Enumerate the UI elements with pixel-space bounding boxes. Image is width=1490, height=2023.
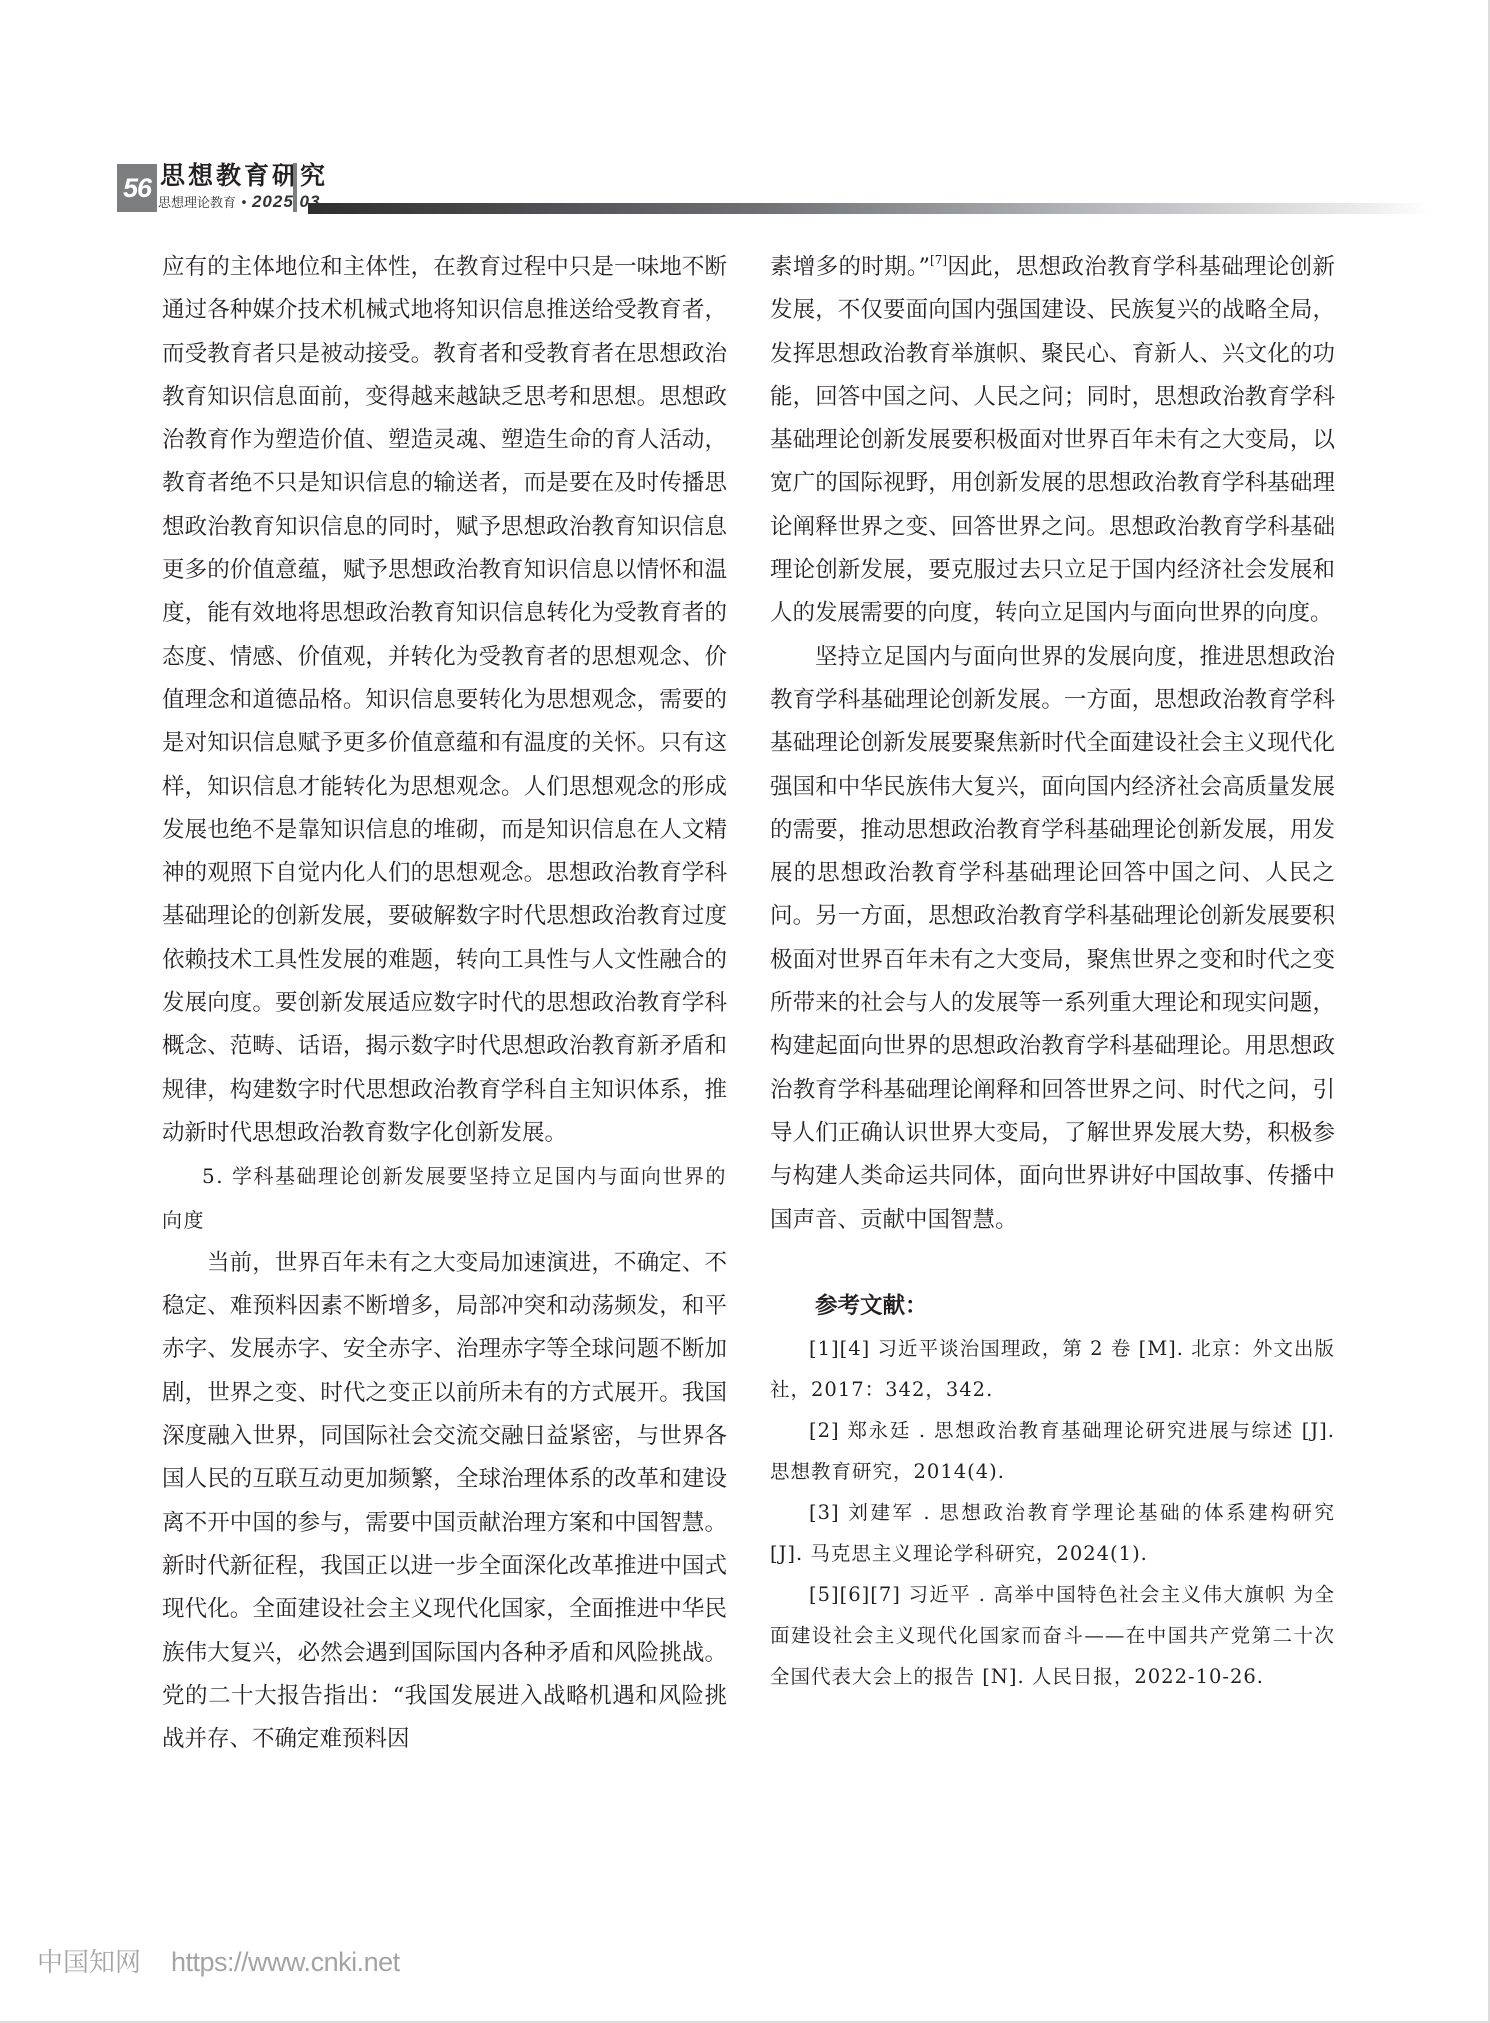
bullet-separator: • [236, 196, 252, 211]
quote-end: 素增多的时期。” [770, 254, 930, 280]
reference-item: [5][6][7] 习近平 . 高举中国特色社会主义伟大旗帜 为全面建设社会主义… [770, 1574, 1335, 1697]
right-column: 素增多的时期。”[7]因此，思想政治教育学科基础理论创新发展，不仅要面向国内强国… [770, 246, 1335, 1697]
journal-title: 思想教育研究 [160, 160, 328, 192]
citation-marker[interactable]: [7] [930, 253, 947, 267]
reference-item: [1][4] 习近平谈治国理政，第 2 卷 [M]. 北京：外文出版社，2017… [770, 1328, 1335, 1410]
body-paragraph: 坚持立足国内与面向世界的发展向度，推进思想政治教育学科基础理论创新发展。一方面，… [770, 636, 1335, 1242]
paragraph-text: 因此，思想政治教育学科基础理论创新发展，不仅要面向国内强国建设、民族复兴的战略全… [770, 254, 1335, 626]
journal-page: 56 思想教育研究 思想理论教育 • 2025.03 应有的主体地位和主体性，在… [0, 0, 1490, 2023]
reference-item: [3] 刘建军 . 思想政治教育学理论基础的体系建构研究 [J]. 马克思主义理… [770, 1492, 1335, 1574]
section-heading: 5. 学科基础理论创新发展要坚持立足国内与面向世界的向度 [162, 1155, 727, 1242]
left-column: 应有的主体地位和主体性，在教育过程中只是一味地不断通过各种媒介技术机械式地将知识… [162, 246, 727, 1761]
header-gradient-rule [308, 203, 1428, 214]
body-paragraph: 当前，世界百年未有之大变局加速演进，不确定、不稳定、难预料因素不断增多，局部冲突… [162, 1242, 727, 1762]
body-paragraph: 素增多的时期。”[7]因此，思想政治教育学科基础理论创新发展，不仅要面向国内强国… [770, 246, 1335, 636]
references-heading: 参考文献： [770, 1285, 1335, 1328]
reference-item: [2] 郑永廷 . 思想政治教育基础理论研究进展与综述 [J]. 思想教育研究，… [770, 1410, 1335, 1492]
section-name: 思想理论教育 [158, 196, 236, 211]
header-divider [293, 163, 297, 212]
watermark-url[interactable]: https://www.cnki.net [171, 1947, 400, 1977]
cnki-watermark: 中国知网https://www.cnki.net [37, 1942, 400, 1983]
body-paragraph: 应有的主体地位和主体性，在教育过程中只是一味地不断通过各种媒介技术机械式地将知识… [162, 246, 727, 1155]
watermark-brand: 中国知网 [37, 1948, 141, 1978]
page-number-badge: 56 [117, 164, 157, 212]
